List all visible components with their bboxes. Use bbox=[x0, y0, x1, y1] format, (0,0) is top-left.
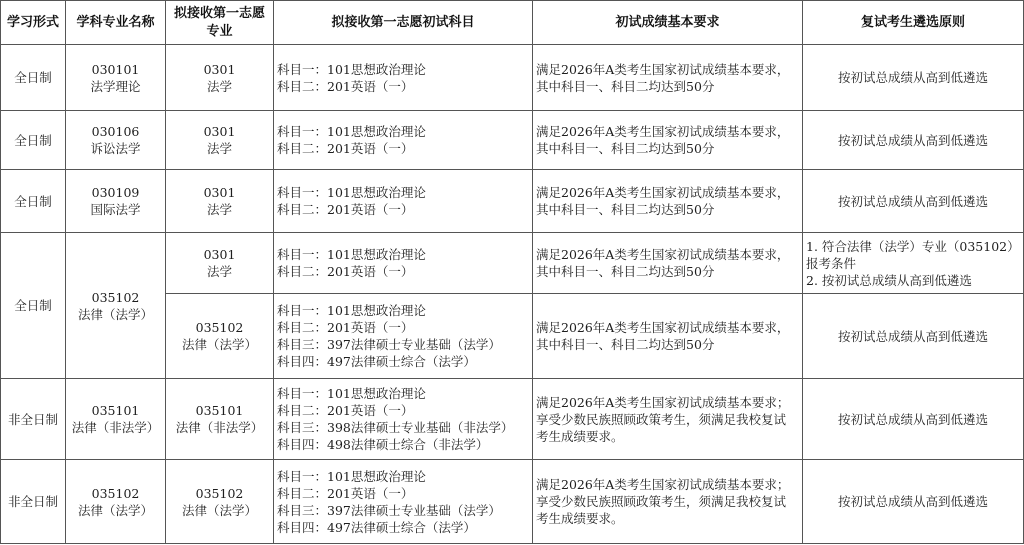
selection-principle-cell: 按初试总成绩从高到低遴选 bbox=[803, 294, 1024, 379]
study-mode-cell: 全日制 bbox=[1, 170, 66, 233]
subject-line: 科目三：397法律硕士专业基础（法学） bbox=[277, 336, 529, 353]
first-choice-name: 法律（法学） bbox=[169, 502, 270, 519]
requirement-line: 考生成绩要求。 bbox=[536, 510, 799, 527]
score-requirement-cell: 满足2026年A类考生国家初试成绩基本要求，其中科目一、科目二均达到50分 bbox=[533, 111, 803, 170]
first-choice-major-cell: 0301法学 bbox=[166, 170, 274, 233]
requirement-line: 其中科目一、科目二均达到50分 bbox=[536, 336, 799, 353]
first-choice-code: 0301 bbox=[169, 184, 270, 201]
score-requirement-cell: 满足2026年A类考生国家初试成绩基本要求；享受少数民族照顾政策考生，须满足我校… bbox=[533, 460, 803, 544]
exam-subjects-cell: 科目一：101思想政治理论科目二：201英语（一） bbox=[274, 111, 533, 170]
subject-line: 科目一：101思想政治理论 bbox=[277, 61, 529, 78]
first-choice-major-cell: 035101法律（非法学） bbox=[166, 379, 274, 460]
selection-principle-cell: 1. 符合法律（法学）专业（035102）报考条件2. 按初试总成绩从高到低遴选 bbox=[803, 233, 1024, 294]
first-choice-name: 法律（法学） bbox=[169, 336, 270, 353]
first-choice-code: 035102 bbox=[169, 319, 270, 336]
major-cell: 030109国际法学 bbox=[66, 170, 166, 233]
major-code: 035101 bbox=[69, 402, 162, 419]
study-mode-cell: 全日制 bbox=[1, 233, 66, 379]
major-code: 030101 bbox=[69, 61, 162, 78]
major-name: 国际法学 bbox=[69, 201, 162, 218]
exam-subjects-cell: 科目一：101思想政治理论科目二：201英语（一）科目三：397法律硕士专业基础… bbox=[274, 460, 533, 544]
study-mode: 全日制 bbox=[14, 133, 52, 148]
exam-subjects-cell: 科目一：101思想政治理论科目二：201英语（一） bbox=[274, 170, 533, 233]
table-row: 全日制 030109国际法学 0301法学 科目一：101思想政治理论科目二：2… bbox=[1, 170, 1024, 233]
subject-line: 科目二：201英语（一） bbox=[277, 201, 529, 218]
subject-line: 科目三：398法律硕士专业基础（非法学） bbox=[277, 419, 529, 436]
subject-line: 科目二：201英语（一） bbox=[277, 263, 529, 280]
selection-principle-cell: 按初试总成绩从高到低遴选 bbox=[803, 45, 1024, 111]
study-mode: 非全日制 bbox=[8, 494, 58, 509]
selection-principle-cell: 按初试总成绩从高到低遴选 bbox=[803, 460, 1024, 544]
major-cell: 035102法律（法学） bbox=[66, 460, 166, 544]
exam-subjects-cell: 科目一：101思想政治理论科目二：201英语（一） bbox=[274, 45, 533, 111]
selection-principle-cell: 按初试总成绩从高到低遴选 bbox=[803, 111, 1024, 170]
subject-line: 科目一：101思想政治理论 bbox=[277, 184, 529, 201]
header-text: 初试成绩基本要求 bbox=[536, 14, 799, 32]
score-requirement-cell: 满足2026年A类考生国家初试成绩基本要求；享受少数民族照顾政策考生，须满足我校… bbox=[533, 379, 803, 460]
subject-line: 科目一：101思想政治理论 bbox=[277, 123, 529, 140]
first-choice-name: 法学 bbox=[169, 263, 270, 280]
header-text: 拟接收第一志愿 bbox=[169, 5, 270, 23]
major-name: 法律（法学） bbox=[69, 306, 162, 323]
requirement-line: 满足2026年A类考生国家初试成绩基本要求， bbox=[536, 184, 799, 201]
requirement-line: 满足2026年A类考生国家初试成绩基本要求， bbox=[536, 61, 799, 78]
major-code: 035102 bbox=[69, 485, 162, 502]
study-mode: 全日制 bbox=[14, 194, 52, 209]
subject-line: 科目二：201英语（一） bbox=[277, 140, 529, 157]
first-choice-code: 035102 bbox=[169, 485, 270, 502]
header-study-mode: 学习形式 bbox=[1, 1, 66, 45]
score-requirement-cell: 满足2026年A类考生国家初试成绩基本要求，其中科目一、科目二均达到50分 bbox=[533, 45, 803, 111]
requirement-line: 其中科目一、科目二均达到50分 bbox=[536, 140, 799, 157]
exam-subjects-cell: 科目一：101思想政治理论科目二：201英语（一）科目三：397法律硕士专业基础… bbox=[274, 294, 533, 379]
requirement-line: 其中科目一、科目二均达到50分 bbox=[536, 263, 799, 280]
subject-line: 科目一：101思想政治理论 bbox=[277, 468, 529, 485]
principle-line: 按初试总成绩从高到低遴选 bbox=[806, 411, 1020, 428]
selection-principle-cell: 按初试总成绩从高到低遴选 bbox=[803, 379, 1024, 460]
subject-line: 科目三：397法律硕士专业基础（法学） bbox=[277, 502, 529, 519]
subject-line: 科目二：201英语（一） bbox=[277, 78, 529, 95]
requirement-line: 享受少数民族照顾政策考生，须满足我校复试 bbox=[536, 493, 799, 510]
principle-line: 按初试总成绩从高到低遴选 bbox=[806, 132, 1020, 149]
study-mode-cell: 全日制 bbox=[1, 45, 66, 111]
principle-line: 按初试总成绩从高到低遴选 bbox=[806, 69, 1020, 86]
principle-line: 按初试总成绩从高到低遴选 bbox=[806, 493, 1020, 510]
major-name: 法律（非法学） bbox=[69, 419, 162, 436]
major-name: 法学理论 bbox=[69, 78, 162, 95]
subject-line: 科目四：497法律硕士综合（法学） bbox=[277, 519, 529, 536]
requirement-line: 享受少数民族照顾政策考生，须满足我校复试 bbox=[536, 411, 799, 428]
header-first-choice-major: 拟接收第一志愿专业 bbox=[166, 1, 274, 45]
exam-subjects-cell: 科目一：101思想政治理论科目二：201英语（一） bbox=[274, 233, 533, 294]
first-choice-major-cell: 035102法律（法学） bbox=[166, 294, 274, 379]
study-mode-cell: 全日制 bbox=[1, 111, 66, 170]
score-requirement-cell: 满足2026年A类考生国家初试成绩基本要求，其中科目一、科目二均达到50分 bbox=[533, 170, 803, 233]
first-choice-major-cell: 035102法律（法学） bbox=[166, 460, 274, 544]
requirement-line: 满足2026年A类考生国家初试成绩基本要求， bbox=[536, 246, 799, 263]
principle-line: 按初试总成绩从高到低遴选 bbox=[806, 193, 1020, 210]
subject-line: 科目二：201英语（一） bbox=[277, 402, 529, 419]
admission-table: 学习形式 学科专业名称 拟接收第一志愿专业 拟接收第一志愿初试科目 初试成绩基本… bbox=[0, 0, 1024, 544]
first-choice-code: 0301 bbox=[169, 246, 270, 263]
requirement-line: 满足2026年A类考生国家初试成绩基本要求； bbox=[536, 476, 799, 493]
major-cell: 030101法学理论 bbox=[66, 45, 166, 111]
subject-line: 科目二：201英语（一） bbox=[277, 485, 529, 502]
major-cell: 035102法律（法学） bbox=[66, 233, 166, 379]
study-mode-cell: 非全日制 bbox=[1, 460, 66, 544]
study-mode: 非全日制 bbox=[8, 412, 58, 427]
header-score-requirement: 初试成绩基本要求 bbox=[533, 1, 803, 45]
study-mode: 全日制 bbox=[14, 298, 52, 313]
major-name: 诉讼法学 bbox=[69, 140, 162, 157]
score-requirement-cell: 满足2026年A类考生国家初试成绩基本要求，其中科目一、科目二均达到50分 bbox=[533, 233, 803, 294]
subject-line: 科目四：498法律硕士综合（非法学） bbox=[277, 436, 529, 453]
study-mode: 全日制 bbox=[14, 70, 52, 85]
requirement-line: 考生成绩要求。 bbox=[536, 428, 799, 445]
table-row: 全日制 035102法律（法学） 0301法学 科目一：101思想政治理论科目二… bbox=[1, 233, 1024, 294]
subject-line: 科目二：201英语（一） bbox=[277, 319, 529, 336]
first-choice-major-cell: 0301法学 bbox=[166, 233, 274, 294]
first-choice-code: 0301 bbox=[169, 61, 270, 78]
principle-line: 2. 按初试总成绩从高到低遴选 bbox=[806, 272, 1020, 289]
subject-line: 科目四：497法律硕士综合（法学） bbox=[277, 353, 529, 370]
principle-line: 报考条件 bbox=[806, 255, 1020, 272]
first-choice-name: 法律（非法学） bbox=[169, 419, 270, 436]
first-choice-name: 法学 bbox=[169, 201, 270, 218]
requirement-line: 其中科目一、科目二均达到50分 bbox=[536, 201, 799, 218]
header-text: 专业 bbox=[169, 23, 270, 41]
first-choice-major-cell: 0301法学 bbox=[166, 45, 274, 111]
header-row: 学习形式 学科专业名称 拟接收第一志愿专业 拟接收第一志愿初试科目 初试成绩基本… bbox=[1, 1, 1024, 45]
table-row: 非全日制 035101法律（非法学） 035101法律（非法学） 科目一：101… bbox=[1, 379, 1024, 460]
header-selection-principle: 复试考生遴选原则 bbox=[803, 1, 1024, 45]
header-text: 学科专业名称 bbox=[69, 14, 162, 32]
table-row: 非全日制 035102法律（法学） 035102法律（法学） 科目一：101思想… bbox=[1, 460, 1024, 544]
major-code: 030109 bbox=[69, 184, 162, 201]
requirement-line: 满足2026年A类考生国家初试成绩基本要求； bbox=[536, 394, 799, 411]
header-major-name: 学科专业名称 bbox=[66, 1, 166, 45]
first-choice-name: 法学 bbox=[169, 78, 270, 95]
table-row: 全日制 030101法学理论 0301法学 科目一：101思想政治理论科目二：2… bbox=[1, 45, 1024, 111]
study-mode-cell: 非全日制 bbox=[1, 379, 66, 460]
header-text: 复试考生遴选原则 bbox=[806, 14, 1020, 32]
header-exam-subjects: 拟接收第一志愿初试科目 bbox=[274, 1, 533, 45]
header-text: 学习形式 bbox=[4, 14, 62, 32]
first-choice-code: 0301 bbox=[169, 123, 270, 140]
table-row: 全日制 030106诉讼法学 0301法学 科目一：101思想政治理论科目二：2… bbox=[1, 111, 1024, 170]
score-requirement-cell: 满足2026年A类考生国家初试成绩基本要求，其中科目一、科目二均达到50分 bbox=[533, 294, 803, 379]
requirement-line: 其中科目一、科目二均达到50分 bbox=[536, 78, 799, 95]
major-cell: 030106诉讼法学 bbox=[66, 111, 166, 170]
requirement-line: 满足2026年A类考生国家初试成绩基本要求， bbox=[536, 123, 799, 140]
principle-line: 按初试总成绩从高到低遴选 bbox=[806, 328, 1020, 345]
subject-line: 科目一：101思想政治理论 bbox=[277, 302, 529, 319]
subject-line: 科目一：101思想政治理论 bbox=[277, 385, 529, 402]
exam-subjects-cell: 科目一：101思想政治理论科目二：201英语（一）科目三：398法律硕士专业基础… bbox=[274, 379, 533, 460]
first-choice-code: 035101 bbox=[169, 402, 270, 419]
first-choice-name: 法学 bbox=[169, 140, 270, 157]
subject-line: 科目一：101思想政治理论 bbox=[277, 246, 529, 263]
major-code: 035102 bbox=[69, 289, 162, 306]
major-cell: 035101法律（非法学） bbox=[66, 379, 166, 460]
major-name: 法律（法学） bbox=[69, 502, 162, 519]
selection-principle-cell: 按初试总成绩从高到低遴选 bbox=[803, 170, 1024, 233]
first-choice-major-cell: 0301法学 bbox=[166, 111, 274, 170]
requirement-line: 满足2026年A类考生国家初试成绩基本要求， bbox=[536, 319, 799, 336]
principle-line: 1. 符合法律（法学）专业（035102） bbox=[806, 238, 1020, 255]
header-text: 拟接收第一志愿初试科目 bbox=[277, 14, 529, 32]
major-code: 030106 bbox=[69, 123, 162, 140]
